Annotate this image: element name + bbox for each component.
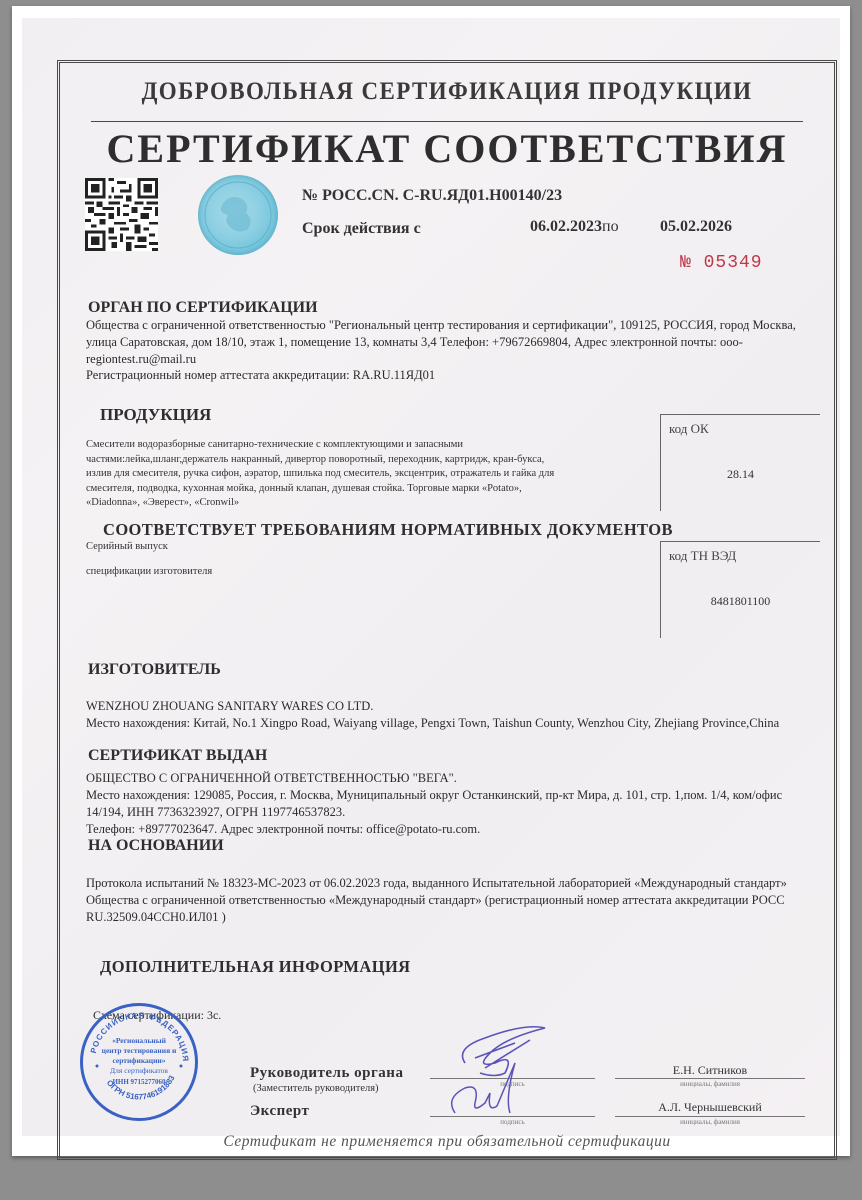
certificate-title: СЕРТИФИКАТ СООТВЕТСТВИЯ — [60, 125, 834, 172]
manufacturer-title: ИЗГОТОВИТЕЛЬ — [88, 661, 221, 679]
head-name: Е.Н. Ситников — [615, 1063, 805, 1078]
head-name-line — [615, 1078, 805, 1079]
valid-to-date: 05.02.2026 — [660, 218, 732, 236]
head-name-caption: инициалы, фамилия — [615, 1080, 805, 1088]
footer-note: Сертификат не применяется при обязательн… — [60, 1133, 834, 1151]
ok-code-label: код ОК — [669, 421, 709, 437]
date-from-value: 06.02.2023 — [530, 218, 602, 235]
valid-from-date: 06.02.2023по — [530, 218, 619, 236]
product-description: Смесители водоразборные санитарно-технич… — [86, 438, 561, 511]
handwritten-signatures-icon — [435, 1018, 595, 1128]
certification-body-title: ОРГАН ПО СЕРТИФИКАЦИИ — [88, 299, 318, 317]
stamp-line-4: Для сертификатов — [83, 1066, 195, 1075]
issued-to-contacts: Телефон: +89777023647. Адрес электронной… — [86, 821, 480, 838]
expert-label: Эксперт — [250, 1103, 309, 1120]
number-sign: № — [302, 187, 318, 204]
certificate-number-value: РОСС.CN. C-RU.ЯД01.Н00140/23 — [322, 187, 562, 204]
certificate-number: № РОСС.CN. C-RU.ЯД01.Н00140/23 — [302, 187, 562, 205]
certificate-frame: ДОБРОВОЛЬНАЯ СЕРТИФИКАЦИЯ ПРОДУКЦИИ СЕРТ… — [57, 60, 837, 1160]
tnved-code-value: 8481801100 — [661, 594, 820, 609]
basis-title: НА ОСНОВАНИИ — [88, 837, 224, 855]
compliance-title: СООТВЕТСТВУЕТ ТРЕБОВАНИЯМ НОРМАТИВНЫХ ДО… — [103, 520, 673, 540]
official-stamp: РОССИЙСКАЯ ФЕДЕРАЦИЯ ОГРН 5167746191883 … — [80, 1003, 198, 1121]
stamp-inn: ИНН 9715277060 — [83, 1078, 195, 1087]
validity-label: Срок действия с — [302, 220, 421, 238]
product-title: ПРОДУКЦИЯ — [100, 405, 211, 425]
tnved-code-box: код ТН ВЭД 8481801100 — [660, 541, 820, 638]
expert-name: А.Л. Чернышевский — [615, 1100, 805, 1115]
additional-info-title: ДОПОЛНИТЕЛЬНАЯ ИНФОРМАЦИЯ — [100, 957, 411, 977]
accreditation-number: Регистрационный номер аттестата аккредит… — [86, 367, 435, 384]
deputy-head-label: (Заместитель руководителя) — [253, 1083, 379, 1094]
manufacturer-name: WENZHOU ZHOUANG SANITARY WARES CO LTD. — [86, 698, 373, 715]
expert-name-line — [615, 1116, 805, 1117]
compliance-text: спецификации изготовителя — [86, 565, 212, 580]
stamp-line-2: центр тестирования и — [83, 1046, 195, 1055]
tnved-code-label: код ТН ВЭД — [669, 548, 736, 564]
issued-to-title: СЕРТИФИКАТ ВЫДАН — [88, 747, 267, 765]
issued-to-name: ОБЩЕСТВО С ОГРАНИЧЕННОЙ ОТВЕТСТВЕННОСТЬЮ… — [86, 770, 457, 787]
head-of-body-label: Руководитель органа — [250, 1065, 403, 1082]
certificate-paper: ДОБРОВОЛЬНАЯ СЕРТИФИКАЦИЯ ПРОДУКЦИИ СЕРТ… — [22, 18, 840, 1136]
manufacturer-address: Место нахождения: Китай, No.1 Xingpo Roa… — [86, 715, 821, 732]
hologram-seal-icon — [198, 175, 278, 255]
serial-number: № 05349 — [680, 253, 763, 273]
qr-code-icon — [85, 178, 158, 251]
ok-code-box: код ОК 28.14 — [660, 414, 820, 511]
serial-release: Серийный выпуск — [86, 540, 168, 555]
voluntary-certification-header: ДОБРОВОЛЬНАЯ СЕРТИФИКАЦИЯ ПРОДУКЦИИ — [91, 63, 803, 122]
stamp-line-3: сертификации» — [83, 1056, 195, 1065]
to-label: по — [602, 218, 619, 235]
certification-body-text: Общества с ограниченной ответственностью… — [86, 317, 821, 368]
stamp-line-1: «Региональный — [83, 1036, 195, 1045]
basis-text: Протокола испытаний № 18323-МС-2023 от 0… — [86, 875, 821, 926]
document-sheet: ДОБРОВОЛЬНАЯ СЕРТИФИКАЦИЯ ПРОДУКЦИИ СЕРТ… — [12, 6, 850, 1156]
expert-name-caption: инициалы, фамилия — [615, 1118, 805, 1126]
issued-to-address: Место нахождения: 129085, Россия, г. Мос… — [86, 787, 821, 821]
ok-code-value: 28.14 — [661, 467, 820, 482]
